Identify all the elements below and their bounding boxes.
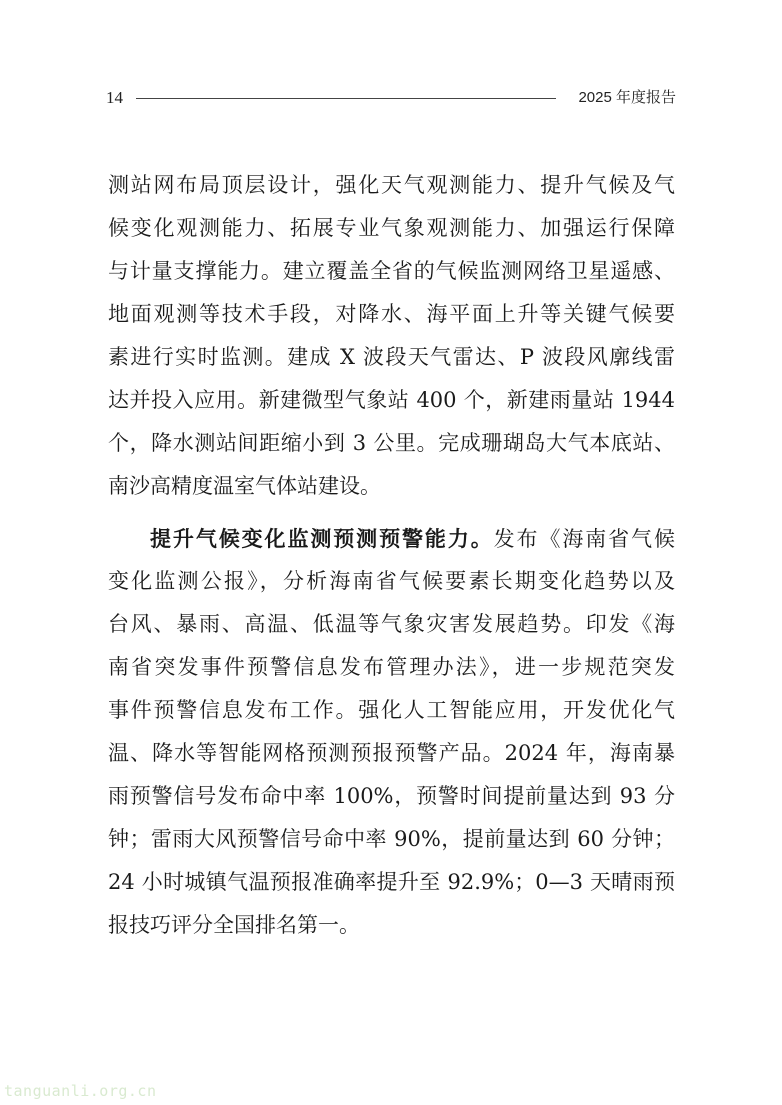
text-line: 变化监测公报》，分析海南省气候要素长期变化趋势以及 [108,560,675,603]
report-title: 2025 年度报告 [578,87,676,109]
text-line: 事件预警信息发布工作。强化人工智能应用，开发优化气 [108,689,675,732]
paragraph-gap [108,508,675,517]
watermark: tanguanli.org.cn [4,1082,157,1100]
text-line: 个，降水测站间距缩小到 3 公里。完成珊瑚岛大气本底站、 [108,422,675,465]
text-line: 与计量支撑能力。建立覆盖全省的气候监测网络卫星遥感、 [108,250,675,293]
text-line: 台风、暴雨、高温、低温等气象灾害发展趋势。印发《海 [108,603,675,646]
page-number: 14 [106,87,123,109]
text-line: 南沙高精度温室气体站建设。 [108,465,675,508]
text-line: 钟；雷雨大风预警信号命中率 90%，提前量达到 60 分钟； [108,818,675,861]
paragraph-heading: 提升气候变化监测预测预警能力。 [150,526,494,551]
paragraph-1: 测站网布局顶层设计，强化天气观测能力、提升气候及气 候变化观测能力、拓展专业气象… [108,164,675,508]
text-line: 地面观测等技术手段，对降水、海平面上升等关键气候要 [108,293,675,336]
text-line: 报技巧评分全国排名第一。 [108,904,675,947]
text-line: 24 小时城镇气温预报准确率提升至 92.9%；0—3 天晴雨预 [108,861,675,904]
text-line: 达并投入应用。新建微型气象站 400 个，新建雨量站 1944 [108,379,675,422]
paragraph-2-first-line: 提升气候变化监测预测预警能力。发布《海南省气候 [108,517,675,560]
text-line: 测站网布局顶层设计，强化天气观测能力、提升气候及气 [108,164,675,207]
text-fragment: 发布《海南省气候 [494,527,675,551]
text-line: 南省突发事件预警信息发布管理办法》，进一步规范突发 [108,646,675,689]
paragraph-2: 提升气候变化监测预测预警能力。发布《海南省气候 变化监测公报》，分析海南省气候要… [108,517,675,947]
text-line: 雨预警信号发布命中率 100%，预警时间提前量达到 93 分 [108,775,675,818]
page-header: 14 2025 年度报告 [106,87,676,109]
text-line: 候变化观测能力、拓展专业气象观测能力、加强运行保障 [108,207,675,250]
header-rule [136,98,556,99]
text-line: 温、降水等智能网格预测预报预警产品。2024 年，海南暴 [108,732,675,775]
text-line: 素进行实时监测。建成 X 波段天气雷达、P 波段风廓线雷 [108,336,675,379]
page-body: 测站网布局顶层设计，强化天气观测能力、提升气候及气 候变化观测能力、拓展专业气象… [108,164,675,947]
